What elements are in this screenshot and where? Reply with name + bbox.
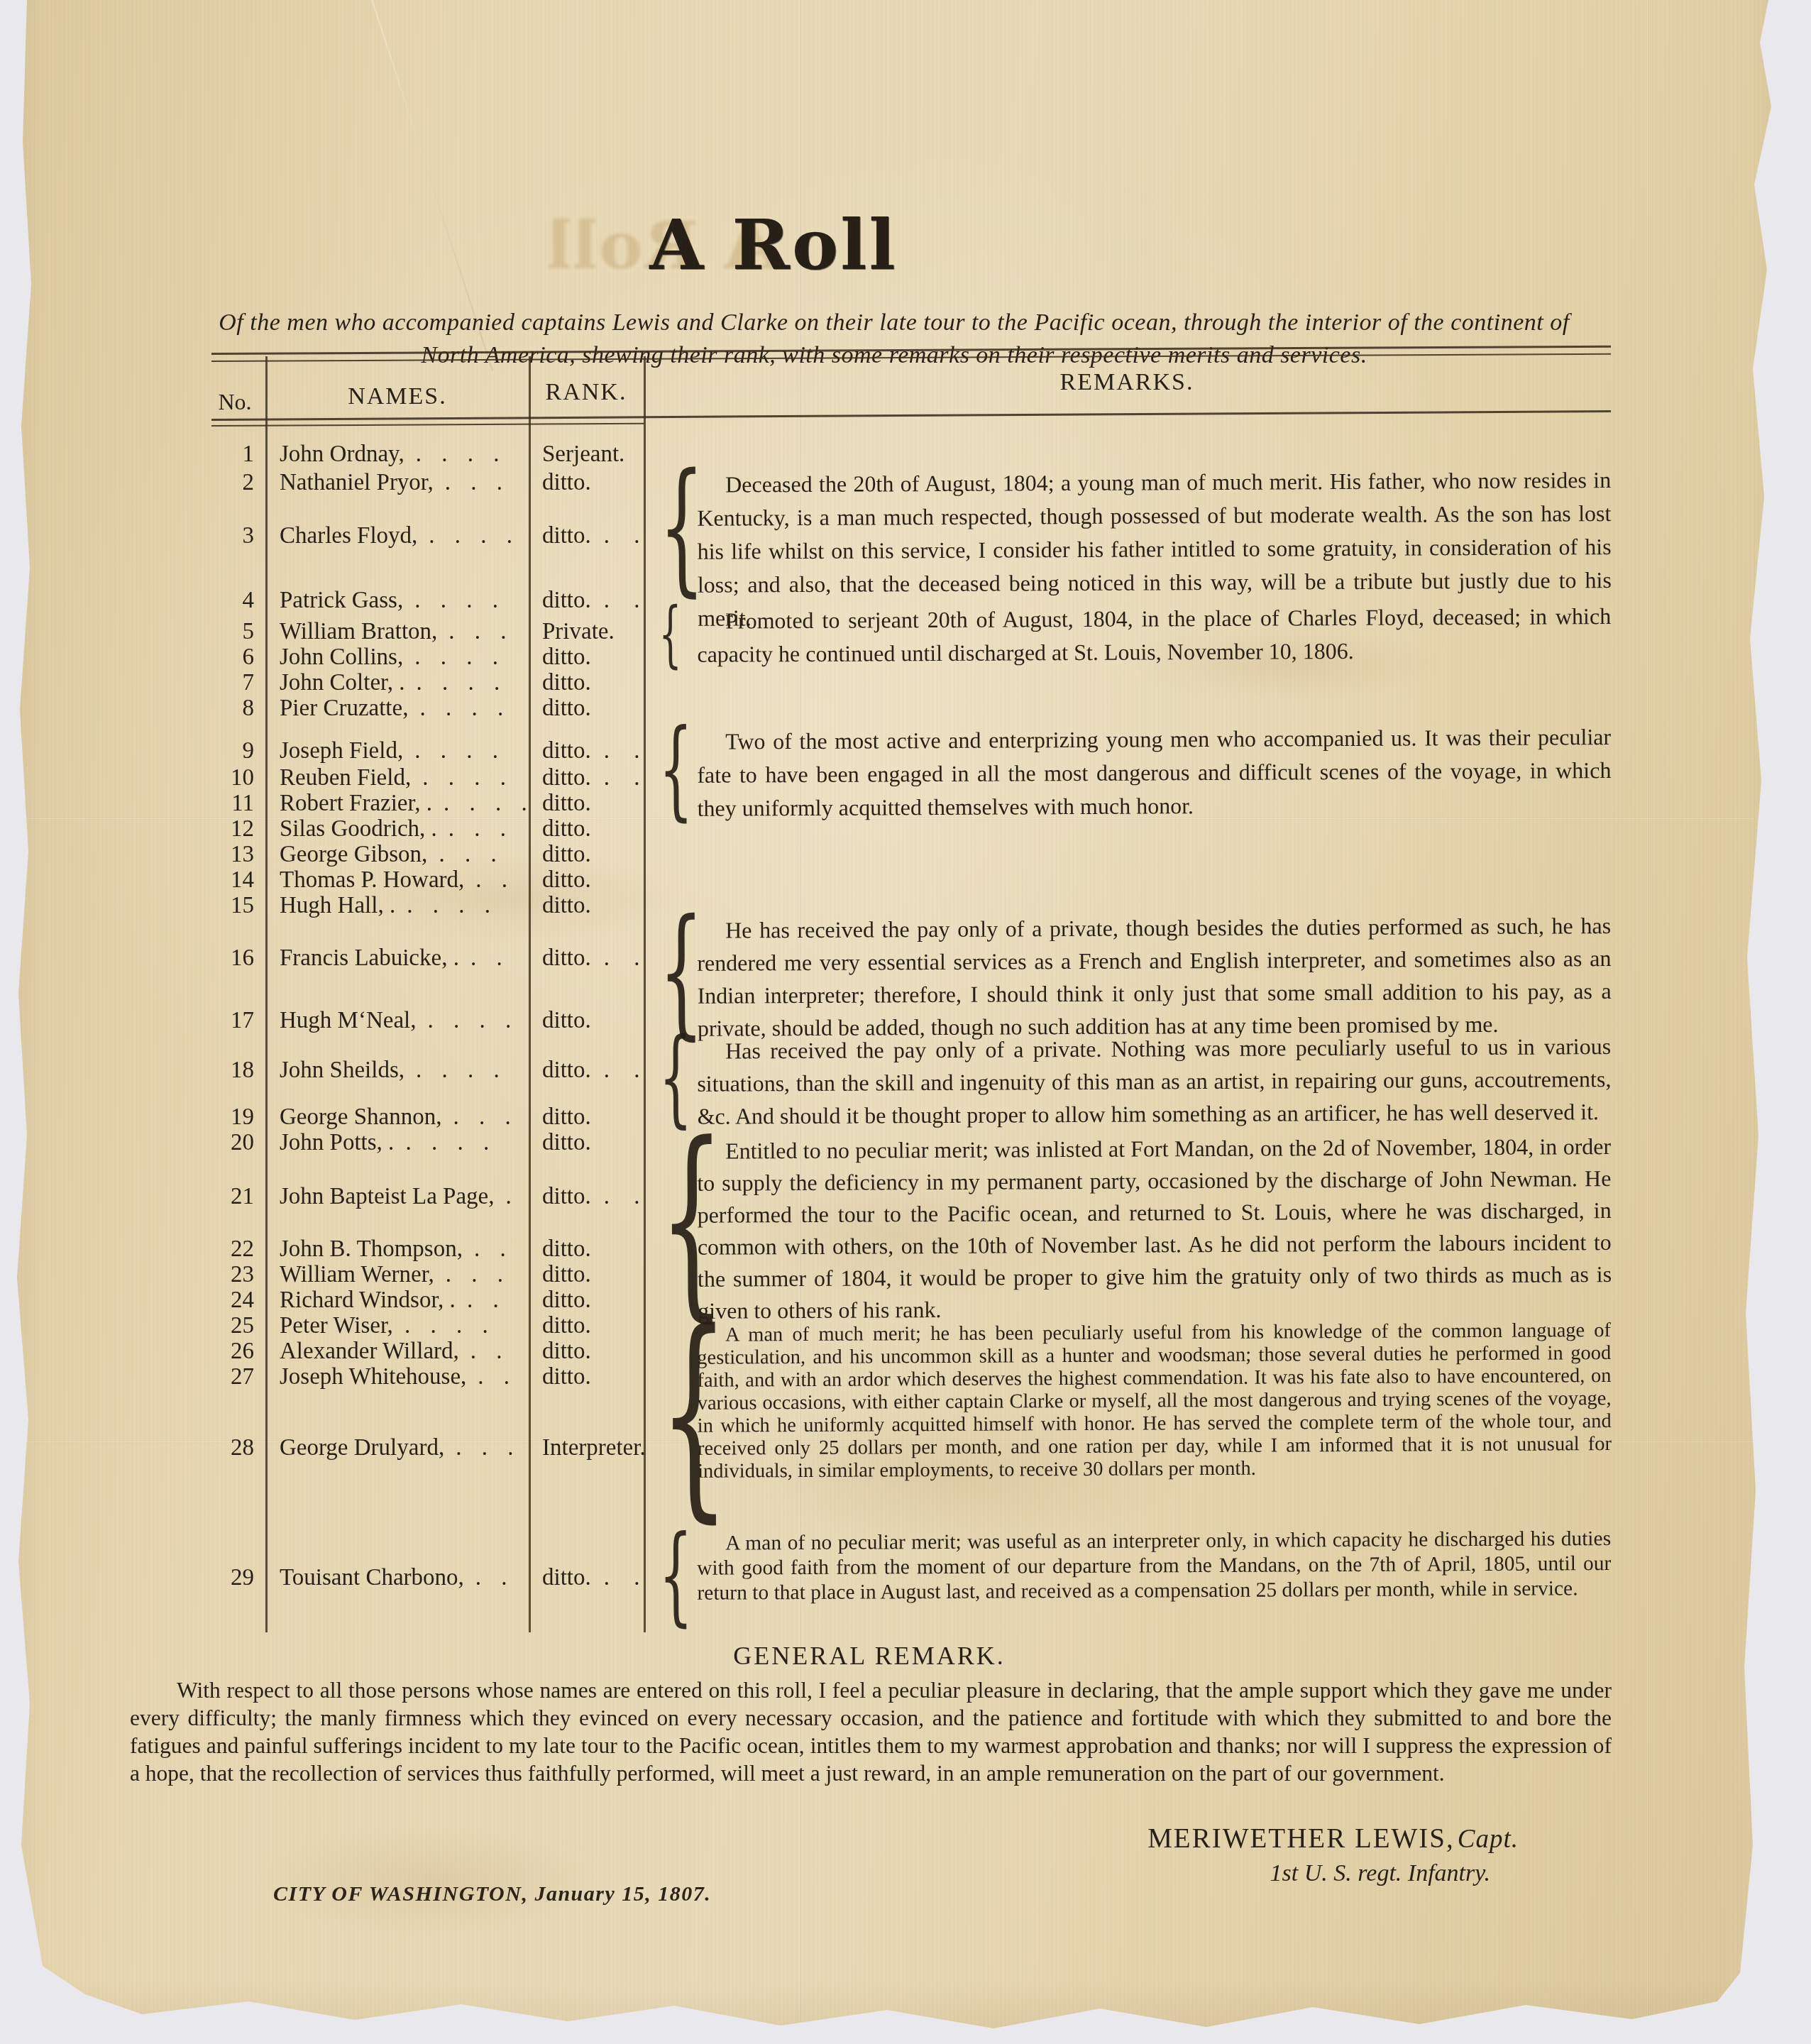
leader-dots: . bbox=[494, 1184, 512, 1209]
remark-text: Promoted to serjeant 20th of August, 180… bbox=[697, 600, 1611, 671]
row-rank: ditto. bbox=[542, 470, 591, 496]
row-name: John B. Thompson,. . bbox=[280, 1236, 507, 1263]
row-rank: ditto.. . bbox=[542, 1565, 640, 1591]
row-name: William Werner,. . . bbox=[280, 1262, 504, 1288]
row-name: John Sheilds,. . . . bbox=[280, 1057, 500, 1084]
row-name: Charles Floyd,. . . . bbox=[280, 523, 513, 549]
header-underline-2 bbox=[211, 423, 644, 427]
vertical-fold-crease bbox=[1646, 0, 1648, 2023]
row-name: George Shannon,. . . bbox=[280, 1104, 512, 1131]
row-rank: ditto. bbox=[542, 842, 591, 868]
row-number: 15 bbox=[211, 893, 254, 919]
row-rank: ditto.. . bbox=[542, 1057, 640, 1084]
row-number: 10 bbox=[211, 765, 254, 791]
row-name: Robert Frazier, .. . . . bbox=[280, 791, 528, 817]
row-rank: ditto. bbox=[542, 1236, 591, 1263]
row-rank: ditto. bbox=[542, 791, 591, 817]
rank-leader-dots: . . bbox=[591, 1057, 640, 1083]
remark-text: Two of the most active and enterprizing … bbox=[697, 720, 1612, 825]
leader-dots: . . . bbox=[427, 842, 497, 867]
row-name: Patrick Gass,. . . . bbox=[280, 588, 499, 614]
remark-block-row-16: {He has received the pay only of a priva… bbox=[666, 909, 1612, 1045]
row-name: Francis Labuicke, .. . bbox=[280, 945, 503, 972]
remark-block-row-9-10: {Two of the most active and enterprizing… bbox=[666, 720, 1612, 825]
row-number: 11 bbox=[211, 791, 254, 817]
row-name: Joseph Whitehouse,. . bbox=[280, 1364, 510, 1390]
remark-block-row-18: {Has received the pay only of a private.… bbox=[666, 1030, 1612, 1133]
row-rank: ditto.. . bbox=[542, 738, 640, 764]
row-number: 13 bbox=[211, 842, 254, 868]
row-number: 29 bbox=[211, 1565, 254, 1591]
row-name: John Collins,. . . . bbox=[280, 644, 499, 671]
row-rank: ditto. bbox=[542, 1313, 591, 1339]
row-number: 20 bbox=[211, 1130, 254, 1156]
general-remark-paragraph: With respect to all those persons whose … bbox=[130, 1676, 1612, 1787]
leader-dots: . . . bbox=[434, 1262, 504, 1287]
remark-block-row-28: {A man of much merit; he has been peculi… bbox=[666, 1319, 1612, 1483]
leader-dots: . . . . bbox=[394, 1130, 490, 1155]
row-name: Pier Cruzatte,. . . . bbox=[280, 696, 504, 722]
row-number: 28 bbox=[211, 1435, 254, 1461]
row-name: Silas Goodrich, .. . . bbox=[280, 816, 507, 842]
row-rank: ditto. bbox=[542, 670, 591, 696]
leader-dots: . . bbox=[463, 1236, 507, 1262]
leader-dots: . . . . bbox=[403, 644, 499, 670]
leader-dots: . . . bbox=[437, 619, 507, 644]
row-name: Touisant Charbono,. . bbox=[280, 1565, 508, 1591]
row-number: 27 bbox=[211, 1364, 254, 1390]
leader-dots: . . . . bbox=[403, 588, 499, 613]
row-number: 7 bbox=[211, 670, 254, 696]
row-number: 1 bbox=[211, 441, 254, 468]
signature-line: MERIWETHER LEWIS, Capt. bbox=[710, 1823, 1519, 1855]
header-underline bbox=[211, 410, 1611, 421]
leader-dots: . . . bbox=[437, 816, 507, 842]
row-rank: ditto.. . bbox=[542, 523, 640, 549]
remark-text: He has received the pay only of a privat… bbox=[697, 909, 1612, 1045]
row-name: Peter Wiser,. . . . bbox=[280, 1313, 489, 1339]
row-rank: ditto.. . bbox=[542, 1184, 640, 1210]
row-name: Hugh Hall, .. . . . bbox=[280, 893, 491, 919]
left-brace: { bbox=[659, 1522, 693, 1629]
column-header-no: No. bbox=[210, 389, 260, 415]
row-number: 14 bbox=[211, 867, 254, 894]
row-number: 3 bbox=[211, 523, 254, 549]
row-number: 8 bbox=[211, 696, 254, 722]
row-rank: Serjeant. bbox=[542, 441, 624, 468]
column-header-names: NAMES. bbox=[266, 383, 529, 410]
row-name: John Bapteist La Page,. bbox=[280, 1184, 512, 1210]
row-name: John Ordnay,. . . . bbox=[280, 441, 500, 468]
row-number: 19 bbox=[211, 1104, 254, 1131]
row-number: 17 bbox=[211, 1008, 254, 1034]
row-rank: ditto. bbox=[542, 696, 591, 722]
leader-dots: . . bbox=[456, 1287, 500, 1313]
subtitle-line-1: Of the men who accompanied captains Lewi… bbox=[128, 307, 1661, 339]
row-rank: ditto. bbox=[542, 644, 591, 671]
leader-dots: . . . . bbox=[405, 670, 501, 696]
row-name: George Drulyard,. . . bbox=[280, 1435, 514, 1461]
dateline: CITY OF WASHINGTON, January 15, 1807. bbox=[273, 1882, 711, 1906]
left-brace: { bbox=[659, 455, 705, 599]
row-number: 18 bbox=[211, 1057, 254, 1084]
leader-dots: . . . bbox=[434, 470, 503, 495]
row-name: John Potts, .. . . . bbox=[280, 1130, 490, 1156]
leader-dots: . . . . bbox=[432, 791, 528, 816]
remark-text: Has received the pay only of a private. … bbox=[697, 1030, 1612, 1133]
row-number: 5 bbox=[211, 619, 254, 645]
row-name: Hugh M‘Neal,. . . . bbox=[280, 1008, 512, 1034]
leader-dots: . . . . bbox=[411, 765, 507, 791]
scanned-document-page: { "page": { "title": "A Roll", "subtitle… bbox=[0, 0, 1811, 2044]
row-name: Richard Windsor, .. . bbox=[280, 1287, 500, 1314]
leader-dots: . . . bbox=[442, 1104, 512, 1130]
row-name: Nathaniel Pryor,. . . bbox=[280, 470, 503, 496]
row-name: Joseph Field,. . . . bbox=[280, 738, 499, 764]
rank-leader-dots: . . bbox=[591, 945, 640, 971]
row-rank: ditto. bbox=[542, 1339, 591, 1365]
row-rank: Private. bbox=[542, 619, 615, 645]
signature-block: MERIWETHER LEWIS, Capt. 1st U. S. regt. … bbox=[710, 1823, 1519, 1887]
row-number: 4 bbox=[211, 588, 254, 614]
leader-dots: . . . . bbox=[416, 1008, 512, 1033]
row-number: 21 bbox=[211, 1184, 254, 1210]
leader-dots: . . . . bbox=[417, 523, 513, 549]
remark-block-row-4: {Promoted to serjeant 20th of August, 18… bbox=[666, 600, 1611, 671]
left-brace: { bbox=[659, 1304, 730, 1525]
leader-dots: . . bbox=[459, 945, 503, 971]
row-name: William Bratton,. . . bbox=[280, 619, 507, 645]
row-rank: ditto. bbox=[542, 1287, 591, 1314]
rank-leader-dots: . . bbox=[591, 765, 640, 791]
rank-leader-dots: . . bbox=[591, 523, 640, 549]
signature-rank: Capt. bbox=[1458, 1825, 1519, 1854]
row-rank: ditto. bbox=[542, 1104, 591, 1131]
remark-text: Entitled to no peculiar merit; was inlis… bbox=[697, 1131, 1612, 1327]
leader-dots: . . . . bbox=[403, 738, 499, 764]
row-rank: ditto. bbox=[542, 893, 591, 919]
row-rank: ditto.. . bbox=[542, 588, 640, 614]
leader-dots: . . . . bbox=[404, 1057, 500, 1083]
leader-dots: . . . . bbox=[404, 441, 500, 467]
row-rank: ditto. bbox=[542, 1130, 591, 1156]
row-name: Thomas P. Howard,. . bbox=[280, 867, 508, 894]
remark-block-row-29: {A man of no peculiar merit; was useful … bbox=[666, 1527, 1612, 1606]
row-name: John Colter, .. . . . bbox=[280, 670, 500, 696]
row-number: 23 bbox=[211, 1262, 254, 1288]
ink-bleedthrough bbox=[185, 1803, 695, 1959]
column-divider-no bbox=[265, 356, 268, 1632]
row-name: Alexander Willard,. . bbox=[280, 1339, 503, 1365]
leader-dots: . . . bbox=[444, 1435, 514, 1461]
row-rank: ditto.. . bbox=[542, 765, 640, 791]
leader-dots: . . bbox=[464, 1565, 508, 1590]
row-number: 25 bbox=[211, 1313, 254, 1339]
row-rank: ditto. bbox=[542, 1364, 591, 1390]
signature-name: MERIWETHER LEWIS, bbox=[1147, 1823, 1455, 1854]
row-number: 6 bbox=[211, 644, 254, 671]
row-rank: ditto. bbox=[542, 816, 591, 842]
page-subtitle: Of the men who accompanied captains Lewi… bbox=[128, 307, 1661, 372]
remark-block-row-21: {Entitled to no peculiar merit; was inli… bbox=[666, 1131, 1612, 1327]
row-number: 9 bbox=[211, 738, 254, 764]
signature-regiment: 1st U. S. regt. Infantry. bbox=[710, 1860, 1490, 1887]
remark-text: A man of no peculiar merit; was useful a… bbox=[697, 1527, 1612, 1606]
row-rank: ditto. bbox=[542, 867, 591, 894]
leader-dots: . . bbox=[464, 867, 508, 893]
column-header-rank: RANK. bbox=[529, 379, 644, 406]
row-number: 12 bbox=[211, 816, 254, 842]
row-number: 2 bbox=[211, 470, 254, 496]
row-number: 26 bbox=[211, 1339, 254, 1365]
leader-dots: . . bbox=[459, 1339, 503, 1364]
leader-dots: . . . . bbox=[393, 1313, 489, 1339]
row-rank: ditto. bbox=[542, 1262, 591, 1288]
left-brace: { bbox=[659, 715, 693, 824]
column-divider-names bbox=[529, 356, 531, 1632]
left-brace: { bbox=[659, 598, 682, 670]
paper-sheet: A Roll A Roll Of the men who accompanied… bbox=[0, 0, 1811, 2044]
leader-dots: . . . . bbox=[408, 696, 504, 721]
column-header-remarks: REMARKS. bbox=[644, 369, 1610, 396]
row-rank: Interpreter. bbox=[542, 1435, 646, 1461]
rank-leader-dots: . . bbox=[591, 1565, 640, 1590]
rank-leader-dots: . . bbox=[591, 738, 640, 764]
row-number: 24 bbox=[211, 1287, 254, 1314]
row-rank: ditto. bbox=[542, 1008, 591, 1034]
remark-text: A man of much merit; he has been peculia… bbox=[697, 1319, 1612, 1483]
page-title: A Roll bbox=[0, 204, 1547, 286]
row-number: 22 bbox=[211, 1236, 254, 1263]
rank-leader-dots: . . bbox=[591, 1184, 640, 1209]
row-name: Reuben Field,. . . . bbox=[280, 765, 507, 791]
row-name: George Gibson,. . . bbox=[280, 842, 497, 868]
leader-dots: . . . . bbox=[395, 893, 491, 918]
general-remark-heading: GENERAL REMARK. bbox=[128, 1641, 1611, 1671]
rank-leader-dots: . . bbox=[591, 588, 640, 613]
row-number: 16 bbox=[211, 945, 254, 972]
leader-dots: . . bbox=[466, 1364, 510, 1390]
row-rank: ditto.. . bbox=[542, 945, 640, 972]
